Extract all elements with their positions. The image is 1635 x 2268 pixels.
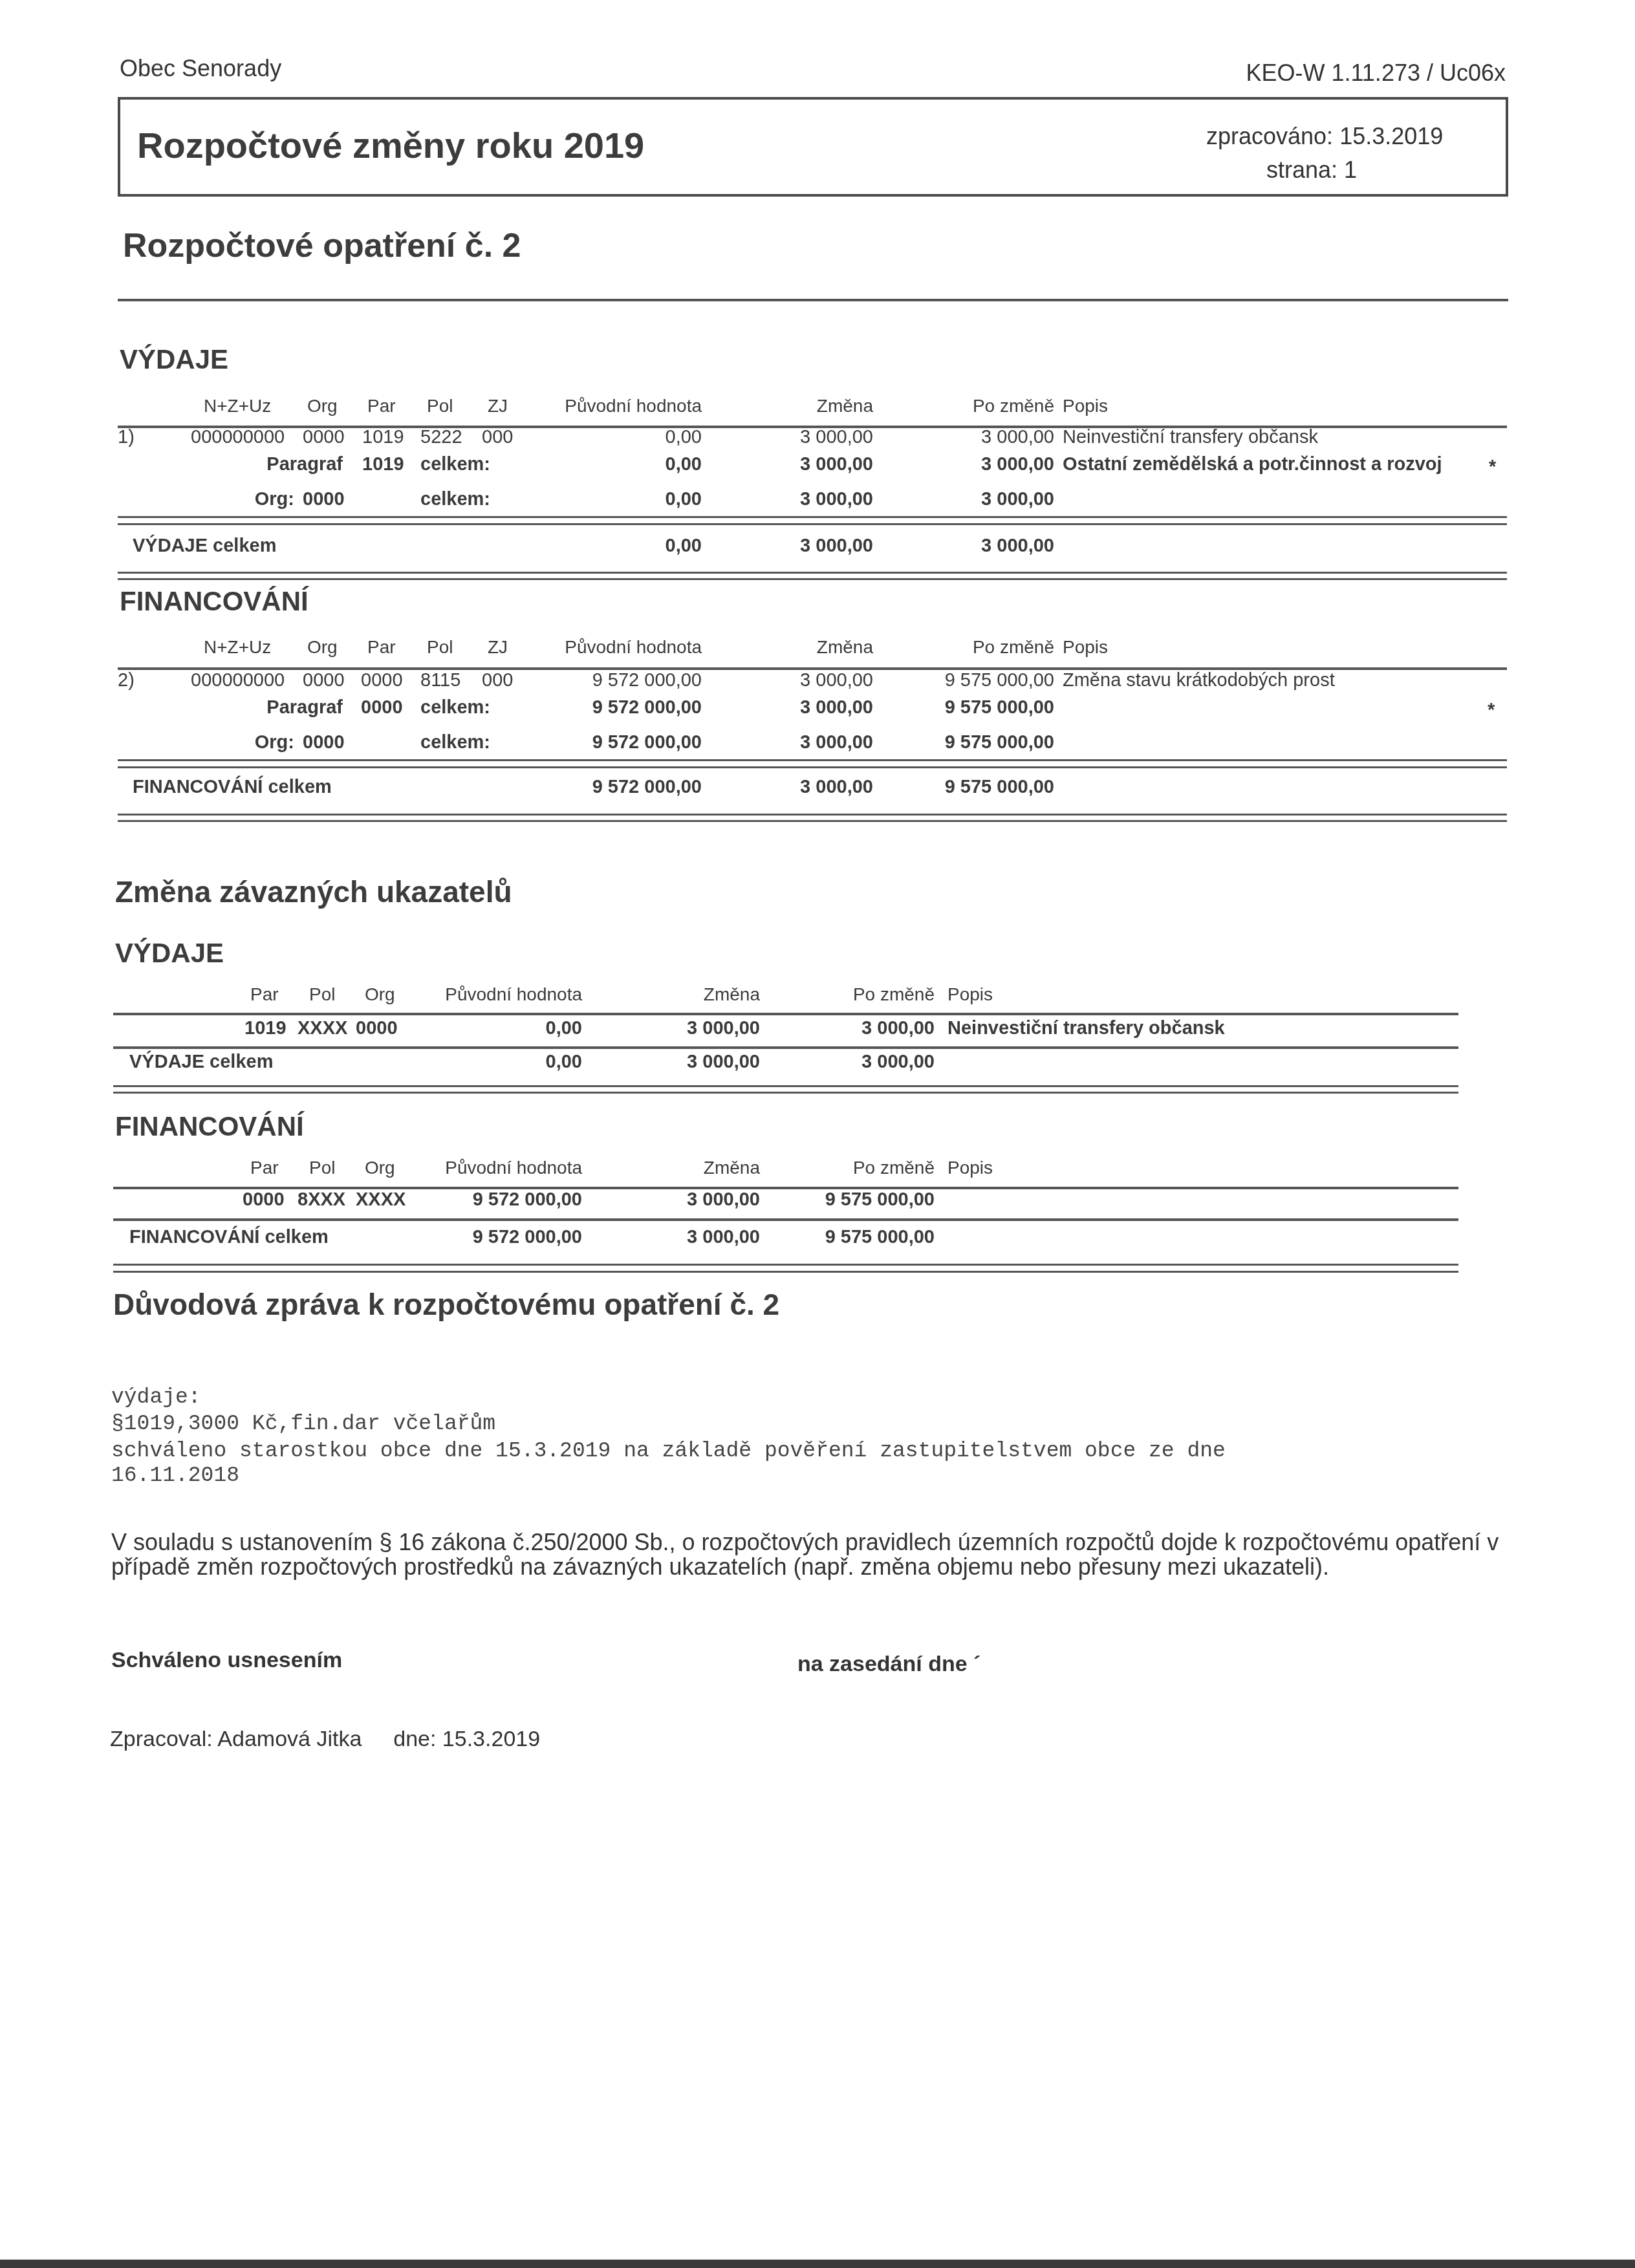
cell-org: 0000 (303, 670, 345, 691)
org-suffix: celkem: (420, 732, 490, 753)
justification-line: výdaje: (111, 1385, 201, 1409)
col-description: Popis (947, 984, 993, 1005)
cell-after: 3 000,00 (893, 427, 1054, 448)
org-after: 9 575 000,00 (893, 732, 1054, 753)
row-number: 2) (118, 670, 135, 691)
grand-total-original: 0,00 (504, 535, 702, 557)
justification-line: schváleno starostkou obce dne 15.3.2019 … (111, 1439, 1226, 1463)
double-rule-bottom (113, 1271, 1458, 1273)
indicators-heading-financovani: FINANCOVÁNÍ (115, 1111, 304, 1142)
double-rule-top (118, 572, 1507, 574)
row-rule (113, 1218, 1458, 1221)
asterisk-mark: * (1488, 700, 1495, 721)
col-description: Popis (947, 1158, 993, 1178)
total-after: 3 000,00 (773, 1052, 935, 1073)
header-rule (113, 1013, 1458, 1015)
double-rule-top (118, 814, 1507, 815)
col-after: Po změně (808, 1158, 935, 1178)
col-change: Změna (744, 637, 873, 658)
total-change: 3 000,00 (598, 1227, 760, 1248)
cell-pol: XXXX (298, 1018, 347, 1039)
cell-after: 9 575 000,00 (893, 670, 1054, 691)
paragraf-suffix: celkem: (420, 697, 490, 718)
col-org: Org (307, 637, 338, 658)
indicators-title: Změna závazných ukazatelů (115, 874, 512, 909)
indicators-heading-vydaje: VÝDAJE (115, 938, 224, 969)
col-description: Popis (1063, 637, 1108, 658)
col-original: Původní hodnota (504, 396, 702, 416)
processed-date-label: dne: (393, 1727, 436, 1751)
double-rule-top (113, 1085, 1458, 1087)
resolution-label: Schváleno usnesením (111, 1648, 342, 1673)
col-pol: Pol (309, 984, 335, 1005)
legal-text: V souladu s ustanovením § 16 zákona č.25… (111, 1530, 1534, 1579)
grand-total-after: 3 000,00 (893, 535, 1054, 557)
grand-total-change: 3 000,00 (711, 777, 873, 798)
cell-par: 1019 (244, 1018, 287, 1039)
cell-after: 9 575 000,00 (773, 1189, 935, 1211)
double-rule-top (113, 1264, 1458, 1266)
col-nzuz: N+Z+Uz (204, 396, 271, 416)
measure-title: Rozpočtové opatření č. 2 (123, 226, 521, 265)
col-org: Org (307, 396, 338, 416)
grand-total-label: VÝDAJE celkem (133, 535, 276, 557)
cell-pol: 8115 (420, 670, 460, 691)
processed-label: zpracováno: (1206, 123, 1333, 149)
cell-nzuz: 000000000 (191, 670, 285, 691)
software-version: KEO-W 1.11.273 / Uc06x (1246, 59, 1506, 87)
processed-by: Zpracoval: Adamová Jitka dne: 15.3.2019 (110, 1727, 540, 1752)
col-pol: Pol (309, 1158, 335, 1178)
paragraf-label: Paragraf (194, 454, 343, 475)
col-change: Změna (647, 984, 760, 1005)
cell-pol: 5222 (420, 427, 462, 448)
col-pol: Pol (427, 396, 453, 416)
org-code: 0000 (303, 489, 345, 510)
total-change: 3 000,00 (598, 1052, 760, 1073)
processed-by-label: Zpracoval: (110, 1727, 213, 1751)
org-original: 0,00 (504, 489, 702, 510)
col-original: Původní hodnota (388, 984, 582, 1005)
col-change: Změna (647, 1158, 760, 1178)
cell-change: 3 000,00 (598, 1189, 760, 1211)
col-after: Po změně (938, 396, 1054, 416)
page-value: 1 (1344, 157, 1357, 183)
grand-total-label: FINANCOVÁNÍ celkem (133, 777, 332, 798)
row-rule (113, 1046, 1458, 1049)
cell-nzuz: 000000000 (191, 427, 285, 448)
report-title: Rozpočtové změny roku 2019 (137, 124, 644, 166)
cell-pol: 8XXX (298, 1189, 345, 1211)
justification-title: Důvodová zpráva k rozpočtovému opatření … (113, 1287, 779, 1322)
grand-total-original: 9 572 000,00 (504, 777, 702, 798)
double-rule-top (118, 516, 1507, 518)
scan-edge (0, 2260, 1635, 2268)
cell-original: 9 572 000,00 (504, 670, 702, 691)
processed-date: zpracováno: 15.3.2019 (1206, 123, 1443, 150)
grand-total-change: 3 000,00 (711, 535, 873, 557)
col-change: Změna (744, 396, 873, 416)
total-after: 9 575 000,00 (773, 1227, 935, 1248)
org-label: Org: (194, 489, 294, 510)
col-par: Par (367, 396, 396, 416)
col-par: Par (250, 1158, 279, 1178)
cell-change: 3 000,00 (598, 1018, 760, 1039)
double-rule-bottom (118, 523, 1507, 525)
cell-change: 3 000,00 (711, 427, 873, 448)
paragraf-change: 3 000,00 (711, 697, 873, 718)
paragraf-change: 3 000,00 (711, 454, 873, 475)
grand-total-after: 9 575 000,00 (893, 777, 1054, 798)
justification-line: 16.11.2018 (111, 1463, 239, 1487)
page-label: strana: (1266, 157, 1337, 183)
section-heading-financovani: FINANCOVÁNÍ (120, 586, 309, 617)
org-change: 3 000,00 (711, 489, 873, 510)
org-change: 3 000,00 (711, 732, 873, 753)
page-number: strana: 1 (1266, 157, 1357, 184)
double-rule-bottom (118, 766, 1507, 768)
cell-par: 1019 (362, 427, 404, 448)
paragraf-code: 1019 (362, 454, 404, 475)
cell-original: 9 572 000,00 (388, 1189, 582, 1211)
col-original: Původní hodnota (388, 1158, 582, 1178)
cell-after: 3 000,00 (773, 1018, 935, 1039)
cell-description: Neinvestiční transfery občansk (1063, 427, 1318, 448)
cell-par: 0000 (361, 670, 403, 691)
cell-change: 3 000,00 (711, 670, 873, 691)
section-heading-vydaje: VÝDAJE (120, 344, 228, 375)
double-rule-bottom (113, 1092, 1458, 1094)
justification-line: §1019,3000 Kč,fin.dar včelařům (111, 1412, 495, 1436)
cell-description: Neinvestiční transfery občansk (947, 1018, 1225, 1039)
org-code: 0000 (303, 732, 345, 753)
cell-org: 0000 (303, 427, 345, 448)
paragraf-code: 0000 (361, 697, 403, 718)
cell-original: 0,00 (388, 1018, 582, 1039)
paragraf-original: 9 572 000,00 (504, 697, 702, 718)
double-rule-bottom (118, 578, 1507, 580)
processed-by-name: Adamová Jitka (217, 1727, 362, 1751)
col-par: Par (250, 984, 279, 1005)
col-par: Par (367, 637, 396, 658)
double-rule-top (118, 759, 1507, 761)
total-label: FINANCOVÁNÍ celkem (129, 1227, 329, 1248)
col-pol: Pol (427, 637, 453, 658)
organization-name: Obec Senorady (120, 55, 281, 82)
col-after: Po změně (808, 984, 935, 1005)
col-original: Původní hodnota (504, 637, 702, 658)
col-nzuz: N+Z+Uz (204, 637, 271, 658)
org-original: 9 572 000,00 (504, 732, 702, 753)
col-description: Popis (1063, 396, 1108, 416)
org-label: Org: (194, 732, 294, 753)
row-number: 1) (118, 427, 135, 448)
paragraf-original: 0,00 (504, 454, 702, 475)
col-after: Po změně (938, 637, 1054, 658)
cell-par: 0000 (243, 1189, 285, 1211)
cell-description: Změna stavu krátkodobých prost (1063, 670, 1335, 691)
total-original: 0,00 (388, 1052, 582, 1073)
paragraf-label: Paragraf (194, 697, 343, 718)
cell-original: 0,00 (504, 427, 702, 448)
meeting-label: na zasedání dne ´ (797, 1652, 980, 1677)
double-rule-bottom (118, 820, 1507, 822)
processed-date-value: 15.3.2019 (442, 1727, 540, 1751)
org-suffix: celkem: (420, 489, 490, 510)
total-label: VÝDAJE celkem (129, 1052, 273, 1073)
org-after: 3 000,00 (893, 489, 1054, 510)
asterisk-mark: * (1489, 457, 1496, 478)
divider (118, 299, 1508, 301)
paragraf-suffix: celkem: (420, 454, 490, 475)
processed-value: 15.3.2019 (1339, 123, 1443, 149)
paragraf-description: Ostatní zemědělská a potr.činnost a rozv… (1063, 454, 1442, 475)
paragraf-after: 9 575 000,00 (893, 697, 1054, 718)
total-original: 9 572 000,00 (388, 1227, 582, 1248)
paragraf-after: 3 000,00 (893, 454, 1054, 475)
